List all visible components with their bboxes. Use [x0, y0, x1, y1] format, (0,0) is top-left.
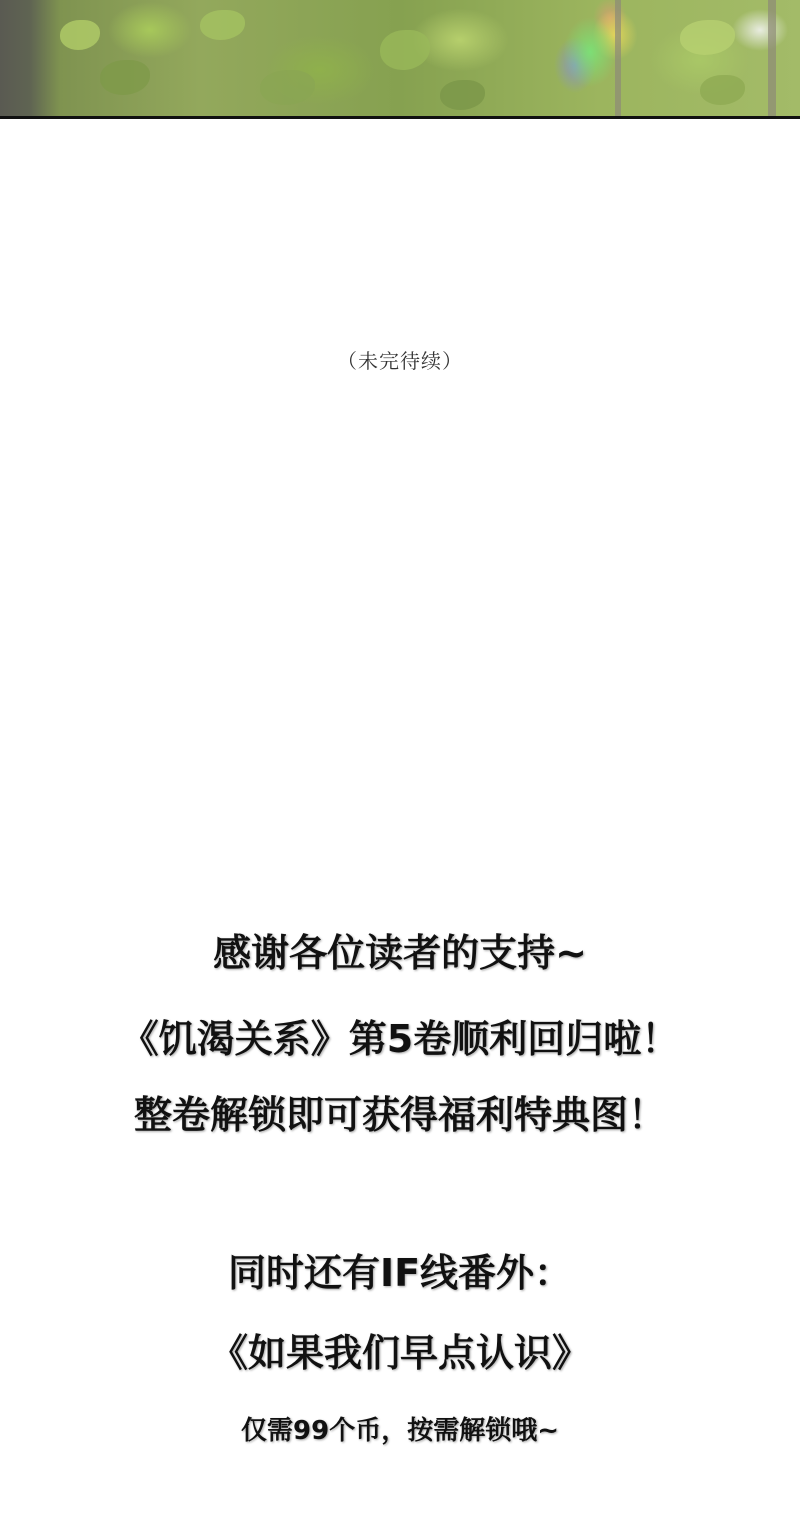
- panel-border: [0, 116, 800, 119]
- foliage-cluster: [260, 70, 315, 105]
- volume-return-line: 《饥渴关系》第5卷顺利回归啦！: [0, 1008, 800, 1063]
- foliage-cluster: [100, 60, 150, 95]
- if-extra-line: 同时还有IF线番外：: [0, 1242, 800, 1297]
- foliage-cluster: [440, 80, 485, 110]
- tree-trunk: [615, 0, 621, 116]
- thanks-line: 感谢各位读者的支持~: [0, 922, 800, 977]
- foliage-cluster: [60, 20, 100, 50]
- extra-title-line: 《如果我们早点认识》: [0, 1322, 800, 1377]
- tree-trunk: [768, 0, 776, 116]
- price-note-line: 仅需99个币，按需解锁哦~: [0, 1410, 800, 1447]
- foliage-cluster: [680, 20, 735, 55]
- bonus-image-line: 整卷解锁即可获得福利特典图！: [0, 1084, 800, 1139]
- foliage-cluster: [200, 10, 245, 40]
- foliage-cluster: [700, 75, 745, 105]
- foliage-cluster: [380, 30, 430, 70]
- to-be-continued-label: （未完待续）: [0, 345, 800, 374]
- comic-panel-trees: [0, 0, 800, 116]
